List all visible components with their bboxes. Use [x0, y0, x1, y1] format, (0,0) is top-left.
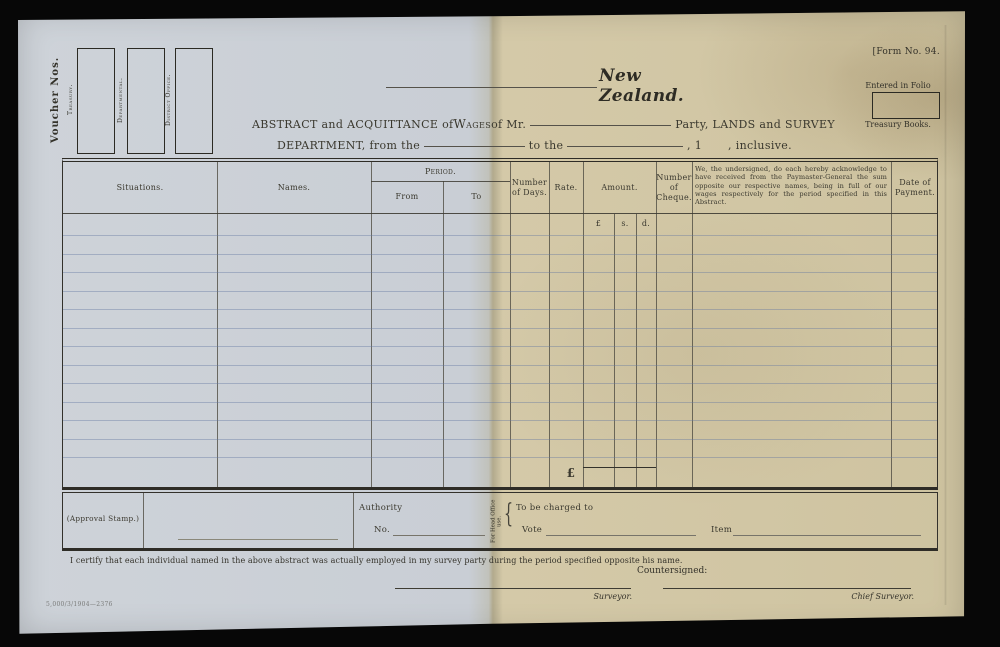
ruled-row-line — [63, 272, 937, 273]
charged-to-label: To be charged to — [516, 503, 593, 513]
wages-abstract-table: Situations. Names. Period. From To Numbe… — [62, 158, 938, 490]
print-code: 5,000/3/1904—2376 — [46, 601, 113, 608]
ruled-row-line — [63, 457, 937, 458]
title-line2-b: to the — [529, 139, 564, 152]
voucher-treasury-label: Treasury. — [66, 50, 75, 150]
ruled-row-line — [63, 328, 937, 329]
ruled-row-line — [63, 346, 937, 347]
date-from-blank-line — [424, 145, 525, 147]
folio-entry-box — [872, 92, 940, 119]
vote-label: Vote — [522, 525, 542, 535]
authority-label: Authority — [359, 503, 402, 513]
ruled-row-line — [63, 235, 937, 236]
strip-divider-2 — [353, 493, 354, 548]
title-line1-wages: Wages — [453, 117, 491, 131]
ruled-row-line — [63, 383, 937, 384]
date-to-blank-line — [567, 145, 683, 147]
strip-divider-1 — [143, 493, 144, 548]
form-number: [Form No. 94. — [856, 47, 940, 57]
vote-blank-line — [546, 535, 696, 536]
item-blank-line — [733, 535, 921, 536]
voucher-box-departmental — [127, 48, 165, 154]
ruled-row-line — [63, 439, 937, 440]
title-line2-c: , 1 — [687, 139, 702, 152]
col-header-amount: Amount. — [583, 162, 656, 213]
chief-surveyor-label: Chief Surveyor. — [822, 592, 914, 601]
approval-stamp-label: (Approval Stamp.) — [63, 514, 143, 523]
title-line-2: DEPARTMENT, from the to the , 1 , inclus… — [277, 139, 792, 152]
ruled-row-line — [63, 402, 937, 403]
item-label: Item — [711, 525, 732, 535]
header-separator-line — [63, 213, 937, 214]
head-office-use-label: For Head Office use. — [491, 499, 504, 543]
voucher-box-district-office — [175, 48, 213, 154]
authority-no-blank-line — [393, 535, 485, 536]
voucher-departmental-label: Departmental. — [116, 50, 125, 150]
surveyor-signature-line — [395, 588, 631, 589]
column-divider — [443, 181, 444, 487]
scanned-form-page: Voucher Nos. Treasury. Departmental. Dis… — [0, 0, 1000, 647]
col-header-acknowledgment: We, the undersigned, do each hereby ackn… — [695, 165, 887, 213]
ruled-row-line — [63, 420, 937, 421]
authority-strip: (Approval Stamp.) Authority No. For Head… — [62, 492, 938, 551]
col-header-rate: Rate. — [549, 162, 583, 213]
title-line-1: ABSTRACT and ACQUITTANCE of Wages of Mr.… — [252, 117, 835, 131]
col-header-number-of-cheque: Number of Cheque. — [656, 162, 692, 213]
subcol-shillings: s. — [614, 217, 636, 231]
ruled-row-line — [63, 291, 937, 292]
column-divider — [614, 214, 615, 487]
head-office-brace: { — [504, 499, 513, 529]
col-header-situations: Situations. — [63, 162, 217, 213]
voucher-district-office-label: District Office. — [164, 50, 173, 150]
ruled-row-line — [63, 365, 937, 366]
subcol-pence: d. — [636, 217, 656, 231]
certification-text: I certify that each individual named in … — [70, 556, 630, 565]
ruled-row-line — [63, 254, 937, 255]
stamp-cell-blank-line — [178, 539, 338, 540]
title-line2-d: , inclusive. — [728, 139, 792, 152]
amount-total-rule — [583, 467, 656, 468]
countersigned-label: Countersigned: — [637, 566, 707, 576]
voucher-nos-title: Voucher Nos. — [48, 48, 63, 152]
col-header-names: Names. — [217, 162, 371, 213]
title-line2-a: DEPARTMENT, from the — [277, 139, 420, 152]
col-header-to: To — [443, 181, 510, 213]
paper-crease — [944, 25, 947, 605]
country-title: New Zealand. — [599, 66, 729, 106]
title-line1-post: Party, LANDS and SURVEY — [675, 118, 835, 131]
treasury-books-label: Treasury Books. — [856, 120, 940, 129]
ruled-row-line — [63, 309, 937, 310]
entered-in-folio-label: Entered in Folio — [856, 81, 940, 90]
surveyor-label: Surveyor. — [540, 592, 632, 601]
title-line1-mid: of Mr. — [491, 118, 526, 131]
col-header-date-of-payment: Date of Payment. — [891, 162, 939, 213]
col-header-period: Period. — [371, 164, 510, 180]
title-line1-pre: ABSTRACT and ACQUITTANCE of — [252, 118, 453, 131]
voucher-box-treasury — [77, 48, 115, 154]
total-pound-sign: £ — [559, 464, 583, 482]
name-blank-line — [530, 124, 671, 126]
subcol-pounds: £ — [583, 217, 614, 231]
chief-surveyor-signature-line — [663, 588, 911, 589]
column-divider — [636, 214, 637, 487]
col-header-from: From — [371, 181, 443, 213]
heading-blank-line — [386, 87, 597, 88]
col-header-number-of-days: Number of Days. — [510, 162, 549, 213]
authority-no-label: No. — [374, 525, 390, 535]
